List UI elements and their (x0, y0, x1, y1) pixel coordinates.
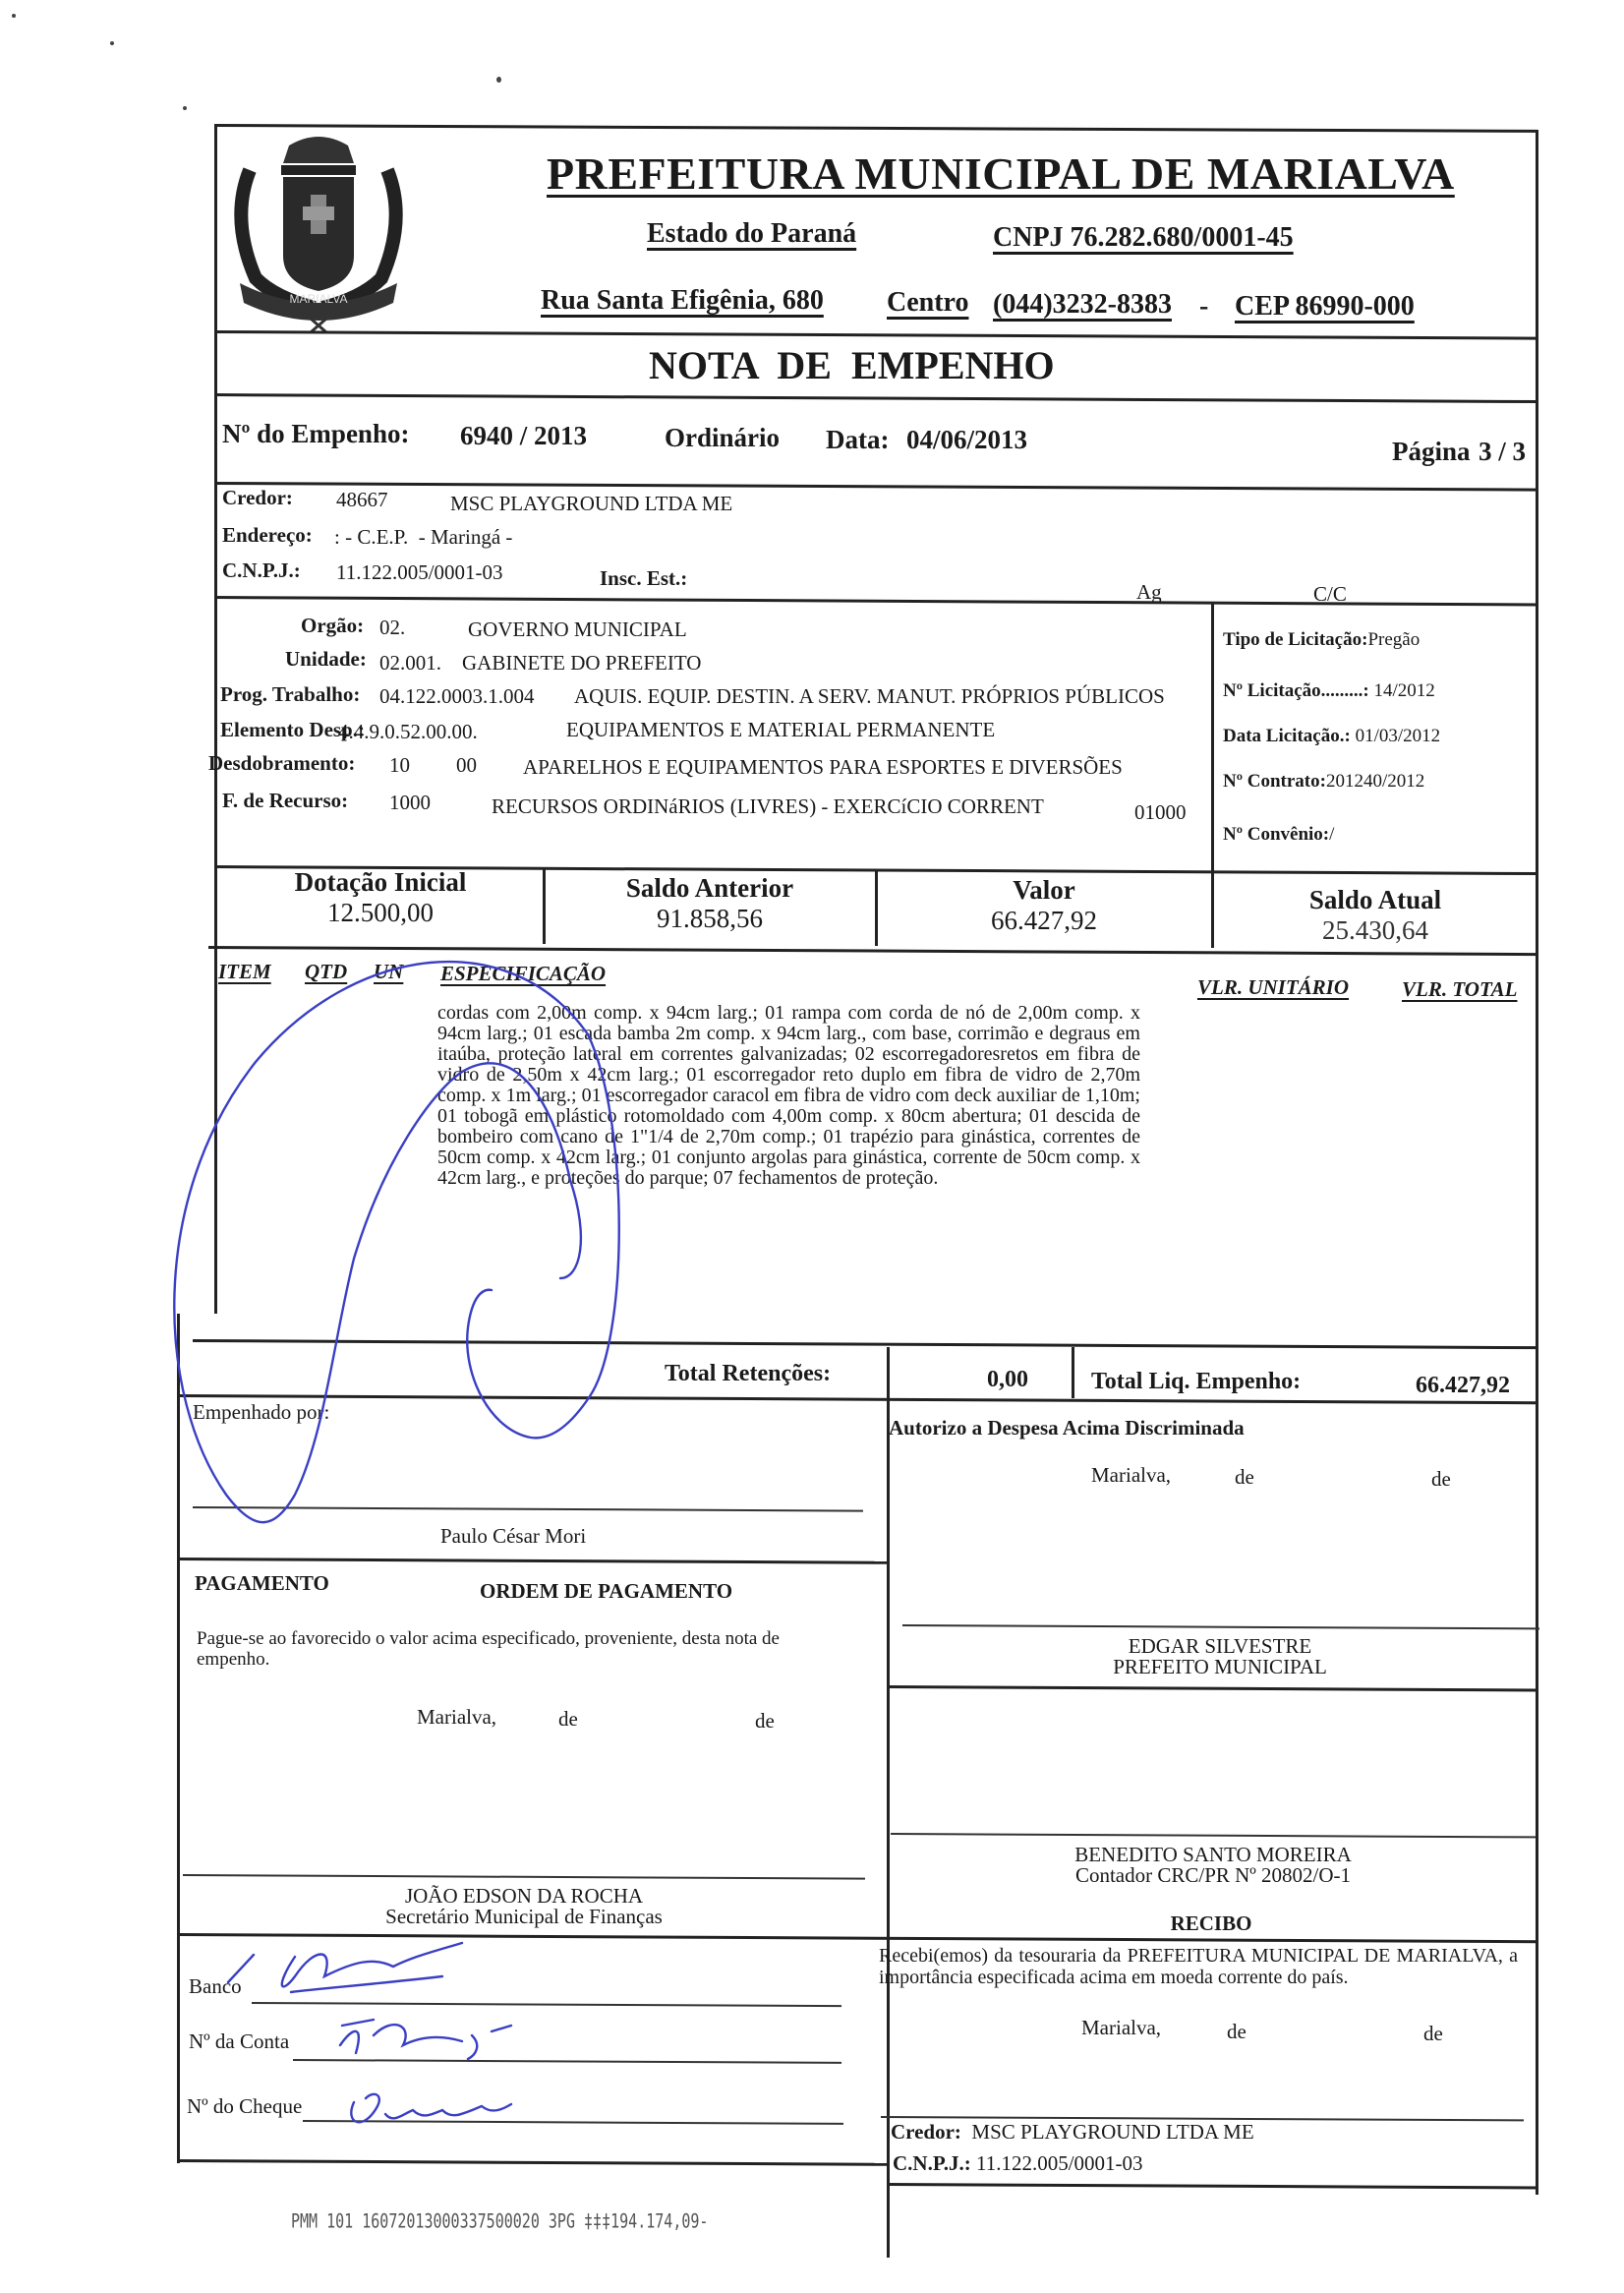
secretario-title: Secretário Municipal de Finanças (183, 1907, 865, 1927)
coat-of-arms-logo: MARIALVA (220, 126, 417, 337)
licitacao-numero-label: Nº Licitação.........: (1223, 680, 1369, 701)
secretario-name: JOÃO EDSON DA ROCHA (183, 1886, 865, 1907)
frame-left-border (214, 124, 217, 1314)
scan-speck (496, 77, 501, 83)
banco-field[interactable] (252, 2002, 841, 2007)
prefeito-signature-block: EDGAR SILVESTRE PREFEITO MUNICIPAL (902, 1636, 1537, 1677)
signature-line-prefeito[interactable] (902, 1624, 1539, 1629)
frame-left-border-lower (177, 1314, 180, 2163)
signature-line-contador[interactable] (891, 1833, 1536, 1838)
saldo-anterior: Saldo Anterior 91.858,56 (547, 873, 873, 934)
contador-name: BENEDITO SANTO MOREIRA (891, 1845, 1536, 1865)
recibo-cnpj: 11.122.005/0001-03 (976, 2151, 1143, 2175)
col-vlr-unitario: VLR. UNITÁRIO (1197, 975, 1349, 1000)
contrato-number: 201240/2012 (1326, 771, 1424, 792)
saldo-separator (543, 869, 546, 944)
divider (179, 1394, 1537, 1404)
autorizo-label: Autorizo a Despesa Acima Discriminada (889, 1416, 1245, 1440)
prefeito-name: EDGAR SILVESTRE (902, 1636, 1537, 1657)
address-district: Centro (887, 287, 968, 319)
footer-code: PMM 101 16072013000337500020 3PG ‡‡‡194.… (291, 2209, 708, 2232)
middle-separator (887, 1347, 890, 2258)
divider (214, 393, 1537, 403)
address-separator: - (1199, 291, 1208, 323)
credor-cnpj: 11.122.005/0001-03 (336, 560, 503, 585)
address-cep: CEP 86990-000 (1235, 291, 1415, 323)
cheque-label: Nº do Cheque (187, 2094, 302, 2119)
prefeitura-cnpj: CNPJ 76.282.680/0001-45 (993, 222, 1294, 254)
scan-speck (12, 14, 16, 18)
saldo-value: 12.500,00 (220, 898, 541, 928)
orgao-code: 02. (379, 616, 405, 640)
frame-bottom-right (887, 2183, 1537, 2189)
divider (887, 1685, 1537, 1691)
address-phone: (044)3232-8383 (993, 289, 1172, 321)
ordem-pagamento-label: ORDEM DE PAGAMENTO (480, 1579, 732, 1604)
contador-title: Contador CRC/PR Nº 20802/O-1 (891, 1865, 1536, 1886)
desdobramento-code1: 10 (389, 753, 410, 778)
saldo-label: Saldo Atual (1215, 885, 1536, 915)
divider (193, 1339, 1537, 1349)
credor-code: 48667 (336, 488, 388, 512)
contador-signature-block: BENEDITO SANTO MOREIRA Contador CRC/PR N… (891, 1845, 1536, 1886)
col-item: ITEM (218, 960, 271, 984)
saldo-value: 91.858,56 (547, 904, 873, 934)
total-retencoes: 0,00 (987, 1367, 1028, 1393)
saldo-separator (1211, 873, 1214, 948)
recibo-title: RECIBO (887, 1911, 1536, 1936)
recibo-text: Recebi(emos) da tesouraria da PREFEITURA… (879, 1945, 1518, 1988)
document-title: NOTA DE EMPENHO (649, 342, 1055, 388)
desdobramento-code2: 00 (456, 753, 477, 778)
cheque-field[interactable] (303, 2120, 843, 2125)
licitacao-numero: 14/2012 (1374, 680, 1435, 701)
frame-bottom-left (177, 2159, 889, 2166)
saldo-label: Dotação Inicial (220, 867, 541, 898)
credor-cnpj-label: C.N.P.J.: (222, 559, 301, 583)
insc-est-label: Insc. Est.: (600, 566, 687, 591)
convenio-number: / (1329, 824, 1334, 845)
empenho-number-label: Nº do Empenho: (222, 419, 409, 449)
recurso-desc: RECURSOS ORDINáRIOS (LIVRES) - EXERCíCIO… (492, 794, 1044, 819)
prog-trabalho-label: Prog. Trabalho: (220, 682, 360, 707)
total-retencoes-label: Total Retenções: (665, 1361, 831, 1387)
credor-address: : - C.E.P. - Maringá - (334, 525, 512, 550)
elemento-desc: EQUIPAMENTOS E MATERIAL PERMANENTE (566, 718, 995, 742)
recibo-credor-label: Credor: (891, 2120, 961, 2144)
licitacao-tipo-label: Tipo de Licitação: (1223, 629, 1367, 650)
credor-name: MSC PLAYGROUND LTDA ME (450, 492, 732, 516)
empenho-type: Ordinário (665, 423, 780, 453)
recurso-code: 1000 (389, 791, 431, 815)
orgao-label: Orgão: (301, 614, 364, 638)
prefeito-title: PREFEITO MUNICIPAL (902, 1657, 1537, 1677)
page-label: Página (1392, 437, 1471, 467)
conta-label: Nº da Conta (189, 2029, 289, 2054)
empenho-date: 04/06/2013 (906, 425, 1027, 455)
signature-line-secretario[interactable] (183, 1874, 865, 1880)
coat-of-arms-icon: MARIALVA (220, 126, 417, 337)
saldo-label: Valor (879, 875, 1209, 906)
empenhado-name: Paulo César Mori (440, 1524, 586, 1549)
signature-line-empenhado[interactable] (193, 1506, 863, 1512)
totals-separator (1072, 1347, 1074, 1398)
prog-trabalho-code: 04.122.0003.1.004 (379, 684, 535, 709)
recurso-sub: 01000 (1134, 800, 1187, 825)
unidade-desc: GABINETE DO PREFEITO (462, 651, 701, 676)
scan-speck (183, 106, 187, 110)
col-un: UN (374, 960, 403, 984)
col-especificacao: ESPECIFICAÇÃO (440, 962, 606, 986)
col-qtd: QTD (305, 960, 347, 984)
recibo-de1: de (1227, 2020, 1247, 2044)
credor-label: Credor: (222, 486, 293, 510)
divider (179, 1558, 887, 1564)
banco-label: Banco (189, 1974, 242, 1999)
pagamento-place: Marialva, (417, 1705, 496, 1730)
desdobramento-label: Desdobramento: (208, 751, 355, 776)
divider (208, 946, 1537, 956)
recibo-de2: de (1423, 2022, 1443, 2046)
pagamento-de1: de (558, 1707, 578, 1732)
contrato-label: Nº Contrato: (1223, 771, 1326, 792)
autorizo-place: Marialva, (1091, 1463, 1171, 1488)
svg-text:MARIALVA: MARIALVA (290, 292, 348, 306)
empenho-number: 6940 / 2013 (460, 421, 587, 451)
conta-field[interactable] (293, 2059, 841, 2064)
address-street: Rua Santa Efigênia, 680 (541, 285, 824, 317)
licitacao-data-label: Data Licitação.: (1223, 726, 1351, 746)
divider (214, 482, 1537, 492)
saldo-label: Saldo Anterior (547, 873, 873, 904)
saldo-value: 66.427,92 (879, 906, 1209, 936)
col-vlr-total: VLR. TOTAL (1402, 977, 1517, 1002)
autorizo-de1: de (1235, 1465, 1254, 1490)
frame-right-border (1536, 130, 1538, 2195)
elemento-code: 4.4.9.0.52.00.00. (338, 720, 478, 744)
state-label: Estado do Paraná (647, 218, 856, 250)
saldo-dotacao-inicial: Dotação Inicial 12.500,00 (220, 867, 541, 928)
licitacao-separator (1211, 604, 1214, 877)
recurso-label: F. de Recurso: (222, 789, 348, 813)
credor-address-label: Endereço: (222, 523, 313, 548)
secretario-signature-block: JOÃO EDSON DA ROCHA Secretário Municipal… (183, 1886, 865, 1927)
prog-trabalho-desc: AQUIS. EQUIP. DESTIN. A SERV. MANUT. PRÓ… (574, 684, 1165, 709)
scan-speck (110, 41, 114, 45)
recibo-credor: MSC PLAYGROUND LTDA ME (971, 2120, 1253, 2144)
page-number: 3 / 3 (1479, 437, 1526, 467)
licitacao-data: 01/03/2012 (1356, 726, 1441, 746)
unidade-label: Unidade: (285, 647, 367, 672)
total-liquido-label: Total Liq. Empenho: (1091, 1369, 1301, 1395)
recibo-place: Marialva, (1081, 2016, 1161, 2040)
convenio-label: Nº Convênio: (1223, 824, 1329, 845)
page-title: PREFEITURA MUNICIPAL DE MARIALVA (547, 147, 1455, 200)
empenho-date-label: Data: (826, 425, 889, 455)
recibo-cnpj-label: C.N.P.J.: (893, 2151, 971, 2175)
pagamento-text: Pague-se ao favorecido o valor acima esp… (197, 1628, 845, 1670)
pagamento-label: PAGAMENTO (195, 1571, 329, 1596)
licitacao-tipo: Pregão (1367, 629, 1420, 650)
saldo-atual: Saldo Atual 25.430,64 (1215, 885, 1536, 946)
desdobramento-desc: APARELHOS E EQUIPAMENTOS PARA ESPORTES E… (523, 755, 1123, 780)
saldo-separator (875, 871, 878, 946)
empenhado-label: Empenhado por: (193, 1400, 329, 1425)
pagamento-de2: de (755, 1709, 775, 1734)
saldo-value: 25.430,64 (1215, 915, 1536, 946)
total-liquido: 66.427,92 (1416, 1373, 1510, 1399)
unidade-code: 02.001. (379, 651, 441, 676)
orgao-desc: GOVERNO MUNICIPAL (468, 617, 687, 642)
item-specification: cordas com 2,00m comp. x 94cm larg.; 01 … (437, 1003, 1140, 1189)
autorizo-de2: de (1431, 1467, 1451, 1492)
saldo-valor: Valor 66.427,92 (879, 875, 1209, 936)
